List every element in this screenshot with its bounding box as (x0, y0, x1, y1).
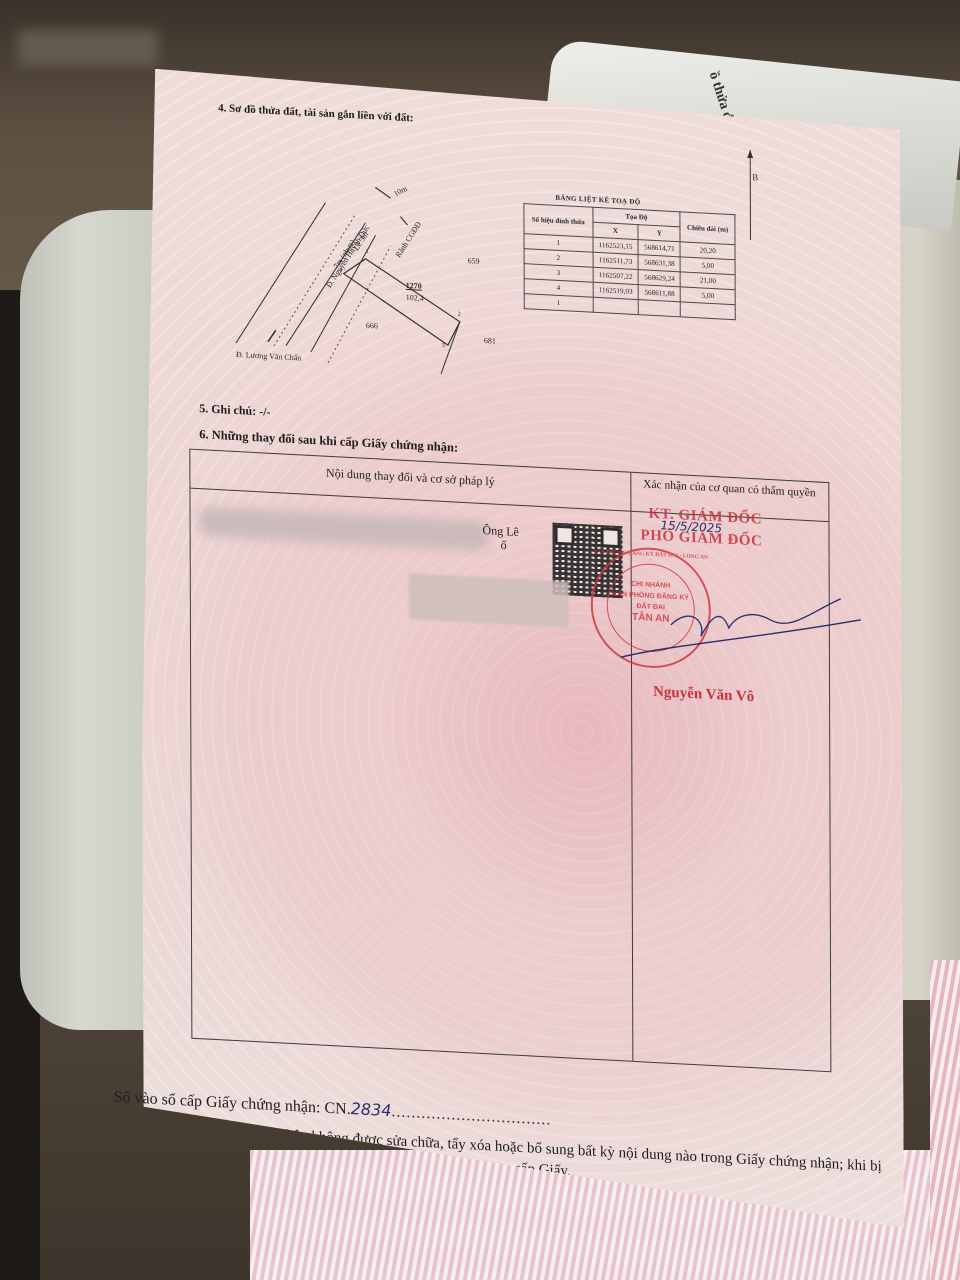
change-entry-text: Ông Lê ố (483, 523, 519, 553)
vertex-label: 1 (366, 249, 369, 255)
striped-shirt-edge (930, 960, 960, 1280)
coordinate-table-title: BẢNG LIỆT KÊ TOẠ ĐỘ (555, 194, 640, 206)
parcel-diagram: Đ. Nguyễn Huỳnh Đức 7m (nhựa) Đ. Lương V… (215, 167, 536, 384)
neighbor-parcel-659: 659 (468, 256, 480, 266)
redacted-text (199, 506, 489, 551)
land-certificate-page: 4. Sơ đồ thửa đất, tài sản gắn liền với … (140, 68, 904, 1228)
north-arrow-icon: B (740, 149, 760, 240)
coordinate-table: Số hiệu đỉnh thửa Tọa Độ Chiều dài (m) X… (523, 203, 735, 320)
cell-point: 1 (524, 294, 593, 313)
vertex-label: 2 (458, 312, 461, 318)
vertex-label: 4 (340, 267, 343, 273)
neighbor-parcel-681: 681 (484, 336, 496, 346)
corner-mark: Ϸ (56, 1136, 63, 1151)
north-label: B (752, 172, 758, 182)
redacted-box (409, 573, 569, 627)
cell-length (681, 302, 736, 320)
parcel-area: 102,4 (406, 293, 424, 303)
header-authority-confirmation: Xác nhận của cơ quan có thẩm quyền (630, 477, 828, 501)
entry-line-1: Ông Lê (483, 523, 519, 539)
signer-name: Nguyễn Văn Vô (653, 684, 754, 706)
parcel-number: 1270 (406, 281, 422, 291)
dotted-line: ................................ (391, 1103, 551, 1128)
header-length: Chiều dài (m) (680, 212, 735, 245)
changes-table: Nội dung thay đổi và cơ sở pháp lý Xác n… (189, 449, 831, 1073)
certificate-number-value: 2834 (351, 1099, 392, 1120)
section-5-heading: 5. Ghi chú: -/- (199, 401, 270, 420)
blurred-watermark (18, 30, 158, 66)
neighbor-parcel-666: 666 (366, 321, 378, 331)
entry-line-2: ố (483, 537, 519, 553)
vertex-label: 3 (442, 343, 445, 349)
approval-position: PHÓ GIÁM ĐỐC (641, 527, 763, 550)
certificate-number-line: Số vào sổ cấp Giấy chứng nhận: CN.2834..… (114, 1087, 552, 1130)
header-point: Số hiệu đỉnh thửa (524, 204, 593, 238)
certificate-number-label: Số vào sổ cấp Giấy chứng nhận: (114, 1089, 321, 1117)
signature-icon (611, 582, 871, 686)
cell-y (639, 300, 681, 317)
section-4-heading: 4. Sơ đồ thửa đất, tài sản gắn liền với … (218, 102, 413, 124)
cell-x (593, 297, 639, 314)
certificate-number-prefix: CN. (324, 1100, 350, 1118)
